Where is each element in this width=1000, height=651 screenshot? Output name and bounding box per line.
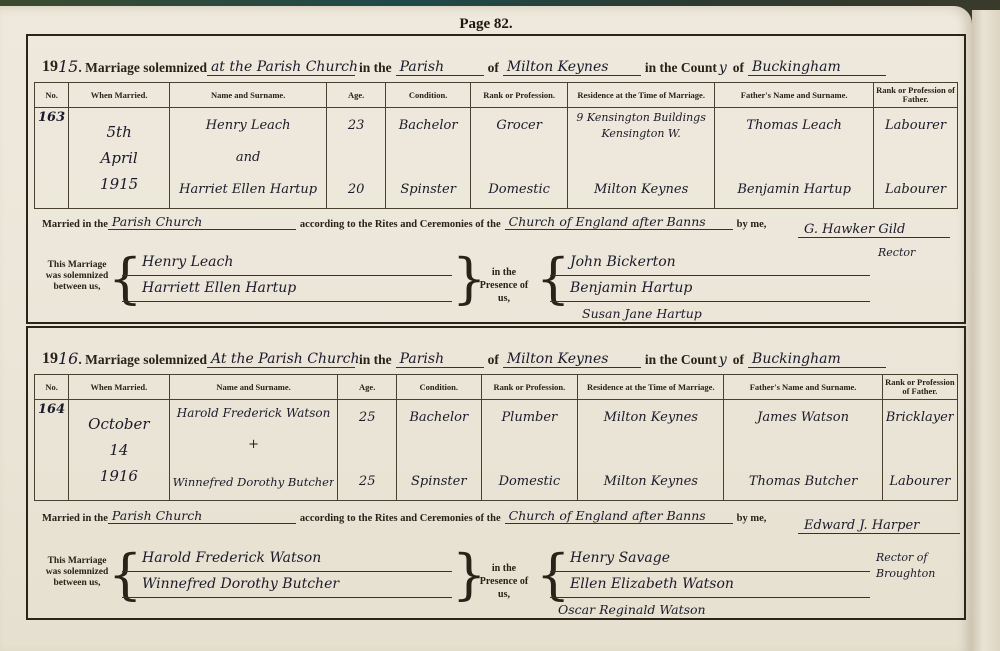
place-field: At the Parish Church [207, 351, 355, 368]
place-field: at the Parish Church [207, 59, 355, 76]
district-type-field: Parish [396, 351, 484, 368]
label-this-marriage: This Marriage was solemnized between us, [42, 556, 112, 589]
groom-name: Harold Frederick Watson [173, 402, 335, 424]
rites-field: Church of England after Banns [505, 214, 733, 230]
name-joiner: + [173, 438, 335, 452]
officiant-signature: Edward J. Harper [798, 518, 960, 534]
district-field: Milton Keynes [503, 351, 641, 368]
witness-2-signature: Benjamin Hartup [550, 280, 870, 302]
residence-cell: Milton Keynes Milton Keynes [581, 402, 720, 498]
bride-signature: Winnefred Dorothy Butcher [122, 576, 452, 598]
groom-rank: Grocer [474, 110, 564, 142]
residence-cell: 9 Kensington Buildings Kensington W. Mil… [571, 110, 711, 206]
col-no: No. [35, 83, 69, 108]
ages-cell: 23 20 [330, 110, 382, 206]
label-this-marriage: This Marriage was solemnized between us, [42, 260, 112, 293]
groom-father-rank: Bricklayer [886, 402, 954, 434]
county-field: Buckingham [748, 59, 886, 76]
rites-field: Church of England after Banns [505, 508, 733, 524]
district-type-field: Parish [396, 59, 484, 76]
col-age: Age. [338, 375, 396, 400]
marriage-entry-163: 1915. Marriage solemnized at the Parish … [26, 34, 966, 324]
bride-father-rank: Labourer [886, 466, 954, 498]
groom-condition: Bachelor [389, 110, 467, 142]
label-in-the-county: in the Count [645, 352, 717, 368]
names-cell: Harold Frederick Watson + Winnefred Doro… [173, 402, 335, 498]
table-row: 163 5th April 1915 Henry Leach and Harri… [35, 108, 958, 209]
groom-rank: Plumber [485, 402, 575, 434]
label-married-in-the: Married in the [42, 513, 108, 524]
names-cell: Henry Leach and Harriet Ellen Hartup [173, 110, 323, 206]
witness-1-signature: Henry Savage [550, 550, 870, 572]
col-when-married: When Married. [69, 83, 170, 108]
label-of: of [488, 352, 499, 368]
col-condition: Condition. [386, 83, 471, 108]
year-suffix: 15 [58, 57, 78, 76]
col-father-rank: Rank or Profession of Father. [882, 375, 957, 400]
label-marriage-solemnized: Marriage solemnized [85, 352, 207, 368]
witness-3-signature: Susan Jane Hartup [582, 306, 702, 321]
father-rank-cell: Labourer Labourer [877, 110, 954, 206]
groom-father-name: Thomas Leach [718, 110, 870, 142]
condition-cell: Bachelor Spinster [389, 110, 467, 206]
groom-age: 23 [330, 110, 382, 142]
county-suffix: y [717, 60, 729, 76]
col-rank: Rank or Profession. [481, 375, 578, 400]
label-county-of: of [733, 60, 744, 76]
label-in-the-presence: in the Presence of us, [474, 266, 534, 305]
rank-cell: Plumber Domestic [485, 402, 575, 498]
father-name-cell: Thomas Leach Benjamin Hartup [718, 110, 870, 206]
bride-father-name: Benjamin Hartup [718, 174, 870, 206]
groom-age: 25 [341, 402, 392, 434]
label-by-me: by me, [737, 219, 767, 230]
col-father-name: Father's Name and Surname. [724, 375, 882, 400]
label-in-the: in the [359, 60, 392, 76]
officiant-signature: G. Hawker Gild [798, 222, 950, 238]
bride-rank: Domestic [474, 174, 564, 206]
groom-residence: 9 Kensington Buildings Kensington W. [571, 110, 711, 142]
col-name: Name and Surname. [170, 83, 327, 108]
rank-cell: Grocer Domestic [474, 110, 564, 206]
label-in-the: in the [359, 352, 392, 368]
district-field: Milton Keynes [503, 59, 641, 76]
label-by-me: by me, [737, 513, 767, 524]
table-row: 164 October 14 1916 Harold Frederick Wat… [35, 400, 958, 501]
signatures-block: This Marriage was solemnized between us,… [42, 546, 922, 616]
label-in-the-presence: in the Presence of us, [474, 562, 534, 601]
groom-condition: Bachelor [400, 402, 478, 434]
label-of: of [488, 60, 499, 76]
col-father-name: Father's Name and Surname. [715, 83, 874, 108]
bride-condition: Spinster [389, 174, 467, 206]
bride-father-name: Thomas Butcher [727, 466, 878, 498]
witness-2-signature: Ellen Elizabeth Watson [550, 576, 870, 598]
groom-father-rank: Labourer [877, 110, 954, 142]
officiant-title: Rector of Broughton [876, 550, 936, 582]
bride-age: 20 [330, 174, 382, 206]
bride-name: Harriet Ellen Hartup [173, 174, 323, 206]
year-suffix: 16 [58, 349, 78, 368]
label-in-the-county: in the Count [645, 60, 717, 76]
bride-age: 25 [341, 466, 392, 498]
married-in-field: Parish Church [108, 214, 296, 230]
married-in-field: Parish Church [108, 508, 296, 524]
groom-signature: Harold Frederick Watson [122, 550, 452, 572]
entry-header: 1915. Marriage solemnized at the Parish … [42, 46, 954, 76]
county-field: Buckingham [748, 351, 886, 368]
when-married: October 14 1916 [72, 402, 165, 498]
witness-1-signature: John Bickerton [550, 254, 870, 276]
witness-3-signature: Oscar Reginald Watson [558, 602, 706, 617]
bride-signature: Harriett Ellen Hartup [122, 280, 452, 302]
signatures-block: This Marriage was solemnized between us,… [42, 250, 922, 320]
name-joiner: and [173, 151, 323, 165]
next-page-edge [972, 10, 1000, 651]
label-married-in-the: Married in the [42, 219, 108, 230]
groom-name: Henry Leach [173, 110, 323, 142]
register-table: No. When Married. Name and Surname. Age.… [34, 82, 958, 209]
label-according-to: according to the Rites and Ceremonies of… [300, 219, 501, 230]
ages-cell: 25 25 [341, 402, 392, 498]
label-county-of: of [733, 352, 744, 368]
father-name-cell: James Watson Thomas Butcher [727, 402, 878, 498]
col-condition: Condition. [396, 375, 481, 400]
father-rank-cell: Bricklayer Labourer [886, 402, 954, 498]
bride-rank: Domestic [485, 466, 575, 498]
label-according-to: according to the Rites and Ceremonies of… [300, 513, 501, 524]
bride-name: Winnefred Dorothy Butcher [173, 466, 335, 498]
year-prefix: 19 [42, 350, 58, 368]
label-marriage-solemnized: Marriage solemnized [85, 60, 207, 76]
col-rank: Rank or Profession. [471, 83, 568, 108]
col-residence: Residence at the Time of Marriage. [568, 83, 715, 108]
col-age: Age. [327, 83, 386, 108]
col-residence: Residence at the Time of Marriage. [578, 375, 724, 400]
col-father-rank: Rank or Profession of Father. [874, 83, 958, 108]
condition-cell: Bachelor Spinster [400, 402, 478, 498]
entry-header: 1916. Marriage solemnized At the Parish … [42, 338, 954, 368]
page-number: Page 82. [0, 16, 972, 33]
when-married: 5th April 1915 [72, 110, 166, 206]
bride-condition: Spinster [400, 466, 478, 498]
county-suffix: y [717, 352, 729, 368]
col-when-married: When Married. [69, 375, 169, 400]
year-prefix: 19 [42, 58, 58, 76]
bride-residence: Milton Keynes [581, 466, 720, 498]
bride-residence: Milton Keynes [571, 174, 711, 206]
register-table: No. When Married. Name and Surname. Age.… [34, 374, 958, 501]
groom-signature: Henry Leach [122, 254, 452, 276]
entry-number: 164 [35, 400, 69, 501]
col-name: Name and Surname. [169, 375, 338, 400]
bride-father-rank: Labourer [877, 174, 954, 206]
col-no: No. [35, 375, 69, 400]
marriage-entry-164: 1916. Marriage solemnized At the Parish … [26, 326, 966, 620]
groom-father-name: James Watson [727, 402, 878, 434]
entry-number: 163 [35, 108, 69, 209]
groom-residence: Milton Keynes [581, 402, 720, 434]
